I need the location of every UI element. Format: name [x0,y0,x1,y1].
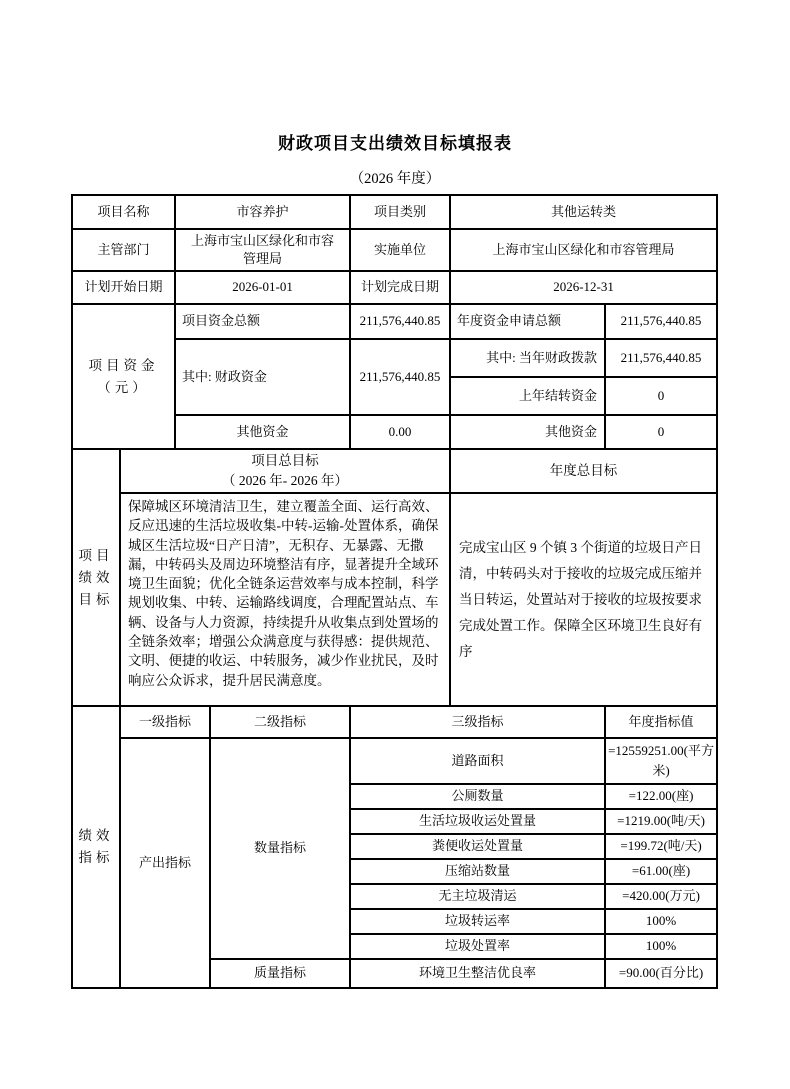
page-title: 财政项目支出绩效目标填报表 [0,129,790,154]
annual-goal-header: 年度总目标 [450,449,717,493]
indicator-name-cell: 生活垃圾收运处置量 [350,809,605,834]
funds-alloc-label: 其中: 当年财政拨款 [450,339,605,377]
indicator-level2-quality-cell: 质量指标 [210,959,350,988]
overall-goal-text: 保障城区环境清洁卫生，建立覆盖全面、运行高效、反应迅速的生活垃圾收集-中转-运输… [120,493,450,706]
indicator-value-cell: =90.00(百分比) [605,959,717,988]
indicator-name-cell: 道路面积 [350,738,605,784]
dept-label: 主管部门 [72,229,175,271]
document-page: 财政项目支出绩效目标填报表 （2026 年度） 项目名称 市容养护 项目类别 其… [0,0,790,1089]
funds-carryover-label: 上年结转资金 [450,377,605,415]
indicator-name-cell: 压缩站数量 [350,859,605,884]
funds-annual-value: 211,576,440.85 [605,304,717,339]
funds-alloc-value: 211,576,440.85 [605,339,717,377]
indicator-name-cell: 粪便收运处置量 [350,834,605,859]
annual-goal-text: 完成宝山区 9 个镇 3 个街道的垃圾日产日清，中转码头对于接收的垃圾完成压缩并… [450,493,717,706]
indicator-value-cell: =420.00(万元) [605,884,717,909]
impl-label: 实施单位 [350,229,450,271]
funds-total-value: 211,576,440.85 [350,304,450,339]
funds-fiscal-value: 211,576,440.85 [350,339,450,415]
category-label: 项目类别 [350,195,450,229]
category-value: 其他运转类 [450,195,717,229]
indicator-level1-cell: 产出指标 [120,738,210,988]
funds-total-label: 项目资金总额 [175,304,350,339]
indicator-name-cell: 公厕数量 [350,784,605,809]
funds-other-right-label: 其他资金 [450,415,605,449]
indicator-value-cell: 100% [605,909,717,934]
dept-value: 上海市宝山区绿化和市容管理局 [175,229,350,271]
start-date-value: 2026-01-01 [175,271,350,304]
indicator-value-cell: =12559251.00(平方米) [605,738,717,784]
funds-other-left-label: 其他资金 [175,415,350,449]
indicator-header-level1: 一级指标 [120,706,210,738]
funds-section-label: 项目资金 （元） [72,304,175,449]
indicator-header-level3: 三级指标 [350,706,605,738]
indicator-name-cell: 垃圾处置率 [350,934,605,959]
project-name-value: 市容养护 [175,195,350,229]
indicator-value-cell: =199.72(吨/天) [605,834,717,859]
indicator-level2-quantity-cell: 数量指标 [210,738,350,959]
impl-value: 上海市宝山区绿化和市容管理局 [450,229,717,271]
performance-target-form: 项目名称 市容养护 项目类别 其他运转类 主管部门 上海市宝山区绿化和市容管理局… [71,194,718,989]
indicator-value-cell: 100% [605,934,717,959]
funds-other-left-value: 0.00 [350,415,450,449]
indicator-value-cell: =122.00(座) [605,784,717,809]
indicator-name-cell: 环境卫生整洁优良率 [350,959,605,988]
end-date-value: 2026-12-31 [450,271,717,304]
page-subtitle: （2026 年度） [0,167,790,188]
funds-fiscal-label: 其中: 财政资金 [175,339,350,415]
funds-carryover-value: 0 [605,377,717,415]
funds-annual-label: 年度资金申请总额 [450,304,605,339]
indicator-value-cell: =61.00(座) [605,859,717,884]
indicator-name-cell: 无主垃圾清运 [350,884,605,909]
indicator-header-value: 年度指标值 [605,706,717,738]
end-date-label: 计划完成日期 [350,271,450,304]
goals-section-label: 项目 绩效 目标 [72,449,120,706]
indicators-section-label: 绩效 指标 [72,706,120,988]
funds-other-right-value: 0 [605,415,717,449]
overall-goal-header: 项目总目标 （ 2026 年- 2026 年） [120,449,450,493]
indicator-header-level2: 二级指标 [210,706,350,738]
start-date-label: 计划开始日期 [72,271,175,304]
indicator-name-cell: 垃圾转运率 [350,909,605,934]
indicator-value-cell: =1219.00(吨/天) [605,809,717,834]
indicator-row: 产出指标 数量指标 道路面积 =12559251.00(平方米) [72,738,717,784]
project-name-label: 项目名称 [72,195,175,229]
